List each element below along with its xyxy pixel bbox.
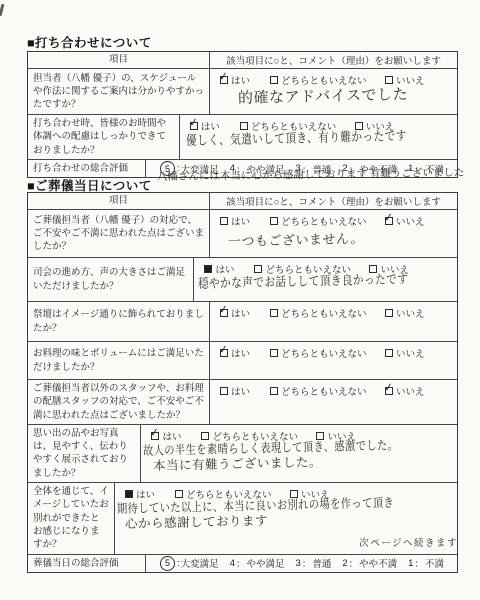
checkbox-no: ✓: [385, 387, 393, 395]
checkbox-neither: [175, 490, 183, 498]
answer-option-label: はい: [231, 346, 250, 360]
rating-separator: ：: [349, 556, 359, 570]
handwritten-comment: 的確なアドバイスでした: [238, 84, 455, 108]
table-header-row: 項目該当項目に○と、コメント（理由）をお願いします: [28, 52, 457, 68]
rating-option: 5: 大変満足: [160, 556, 219, 571]
handwritten-comment: 穏やかな声でお話しして頂き良かったです: [198, 271, 409, 293]
checkbox-yes: ✓: [151, 432, 159, 440]
answer-option-yes: ✓はい: [151, 429, 201, 443]
answer-cell: ✓はいどちらともいえないいいえ: [210, 342, 457, 379]
rating-option: 2：やや不満: [342, 556, 397, 570]
rating-option-value: 4: [230, 558, 235, 569]
answer-options: はいどちらともいえない✓いいえ: [212, 384, 455, 398]
answer-cell: ✓はいどちらともいえないいいえ故人の半生を素晴らしく表現して頂き、感激でした。本…: [141, 425, 457, 482]
answer-option-label: どちらともいえない: [281, 384, 367, 398]
answer-option-no: いいえ: [385, 346, 425, 360]
checkbox-yes: [220, 217, 228, 225]
answer-option-label: どちらともいえない: [281, 306, 367, 320]
question-text: お料理の味とボリュームにはご満足いただけましたか？: [28, 342, 210, 379]
table-row: 祭壇はイメージ通りに飾られておりましたか？✓はいどちらともいえないいいえ: [28, 301, 457, 341]
scanned-survey-page: ■打ち合わせについて 項目該当項目に○と、コメント（理由）をお願いします担当者（…: [0, 0, 480, 600]
checkbox-neither: [270, 349, 278, 357]
answer-option-label: どちらともいえない: [281, 346, 367, 360]
answer-option-label: はい: [136, 487, 155, 501]
check-mark: ✓: [383, 210, 394, 224]
checkbox-yes: ✓: [190, 122, 198, 130]
checkbox-yes: ✓: [220, 349, 228, 357]
rating-option-label: やや満足: [247, 556, 285, 570]
question-text: 思い出の品やお写真は、見やすく、伝わりやすく展示されておりましたか？: [28, 425, 141, 482]
rating-option: 3：普通: [296, 556, 332, 570]
answer-option-yes: はい: [220, 214, 270, 228]
column-header-instruction: 該当項目に○と、コメント（理由）をお願いします: [210, 52, 457, 68]
checkbox-neither: [270, 76, 278, 84]
answer-option-no: ✓いいえ: [385, 384, 425, 398]
answer-option-yes: ✓はい: [220, 73, 270, 87]
answer-option-yes: ✓はい: [220, 306, 270, 320]
checkbox-yes: [204, 265, 212, 273]
question-text: ご葬儀担当者以外のスタッフや、お料理の配膳スタッフの対応で、ご不安やご不満に思わ…: [28, 380, 210, 424]
question-text: 全体を通じて、イメージしていたお別れができたとお感じになりますか？: [28, 483, 115, 553]
section-title-meeting: ■打ち合わせについて: [27, 33, 152, 51]
answer-option-yes: はい: [220, 384, 270, 398]
table-header-row: 項目該当項目に○と、コメント（理由）をお願いします: [28, 193, 457, 209]
checkbox-yes: [125, 490, 133, 498]
table-row: ご葬儀担当者以外のスタッフや、お料理の配膳スタッフの対応で、ご不安やご不満に思わ…: [28, 379, 457, 424]
answer-option-no: ✓いいえ: [385, 214, 425, 228]
rating-option-value: 3: [296, 558, 301, 569]
answer-option-label: はい: [231, 384, 250, 398]
answer-option-label: はい: [201, 119, 220, 133]
answer-option-label: どちらともいえない: [281, 73, 367, 87]
answer-cell: ✓はいどちらともいえないいいえ的確なアドバイスでした: [210, 69, 457, 114]
selected-rating-circle: 5: [160, 556, 175, 571]
rating-option: 4：やや満足: [230, 556, 285, 570]
answer-option-label: はい: [231, 214, 250, 228]
checkbox-neither: [201, 432, 209, 440]
answer-cell: ✓はいどちらともいえないいいえ優しく、気遣いして頂き、有り難かったです: [180, 115, 457, 159]
table-row: 司会の進め方、声の大きさはご満足いただけましたか？はいどちらともいえないいいえ穏…: [28, 257, 457, 301]
rating-option: 1：不満: [408, 556, 444, 570]
answer-option-label: いいえ: [396, 346, 425, 360]
column-header-item: 項目: [28, 193, 210, 209]
checkbox-no: ✓: [385, 217, 393, 225]
check-mark: ✓: [383, 380, 394, 394]
checkbox-neither: [270, 387, 278, 395]
checkbox-no: [385, 76, 393, 84]
handwritten-comment: 優しく、気遣いして頂き、有り難かったです: [186, 128, 407, 150]
answer-options: ✓はいどちらともいえないいいえ: [212, 306, 455, 320]
answer-cell: はいどちらともいえない✓いいえ: [210, 380, 457, 424]
rating-label: 打ち合わせの総合評価: [28, 160, 146, 177]
answer-option-neither: どちらともいえない: [270, 384, 385, 398]
rating-separator: :: [177, 558, 180, 569]
rating-option-value: 2: [342, 558, 347, 569]
rating-option-label: 普通: [312, 556, 331, 570]
answer-option-neither: どちらともいえない: [270, 73, 385, 87]
rating-option-value: 1: [408, 558, 413, 569]
check-mark: ✓: [150, 425, 161, 439]
column-header-instruction: 該当項目に○と、コメント（理由）をお願いします: [210, 193, 457, 209]
rating-separator: ：: [302, 556, 312, 570]
answer-cell: はいどちらともいえないいいえ穏やかな声でお話しして頂き良かったです: [194, 258, 457, 301]
handwritten-comment: 一つもございません。: [228, 229, 455, 251]
check-mark: ✓: [188, 115, 199, 129]
question-text: 祭壇はイメージ通りに飾られておりましたか？: [28, 302, 210, 341]
rating-label: 葬儀当日の総合評価: [28, 555, 146, 572]
answer-option-label: はい: [162, 429, 181, 443]
answer-option-label: はい: [215, 262, 234, 276]
question-text: 司会の進め方、声の大きさはご満足いただけましたか？: [28, 258, 194, 301]
funeral-day-table: 項目該当項目に○と、コメント（理由）をお願いしますご葬儀担当者（八幡 優子）の対…: [27, 192, 458, 573]
answer-cell: はいどちらともいえない✓いいえ一つもございません。: [210, 210, 457, 257]
answer-options: ✓はいどちらともいえないいいえ: [212, 346, 455, 360]
answer-cell: ✓はいどちらともいえないいいえ: [210, 302, 457, 341]
next-page-note: 次ページへ続きます: [359, 535, 458, 549]
answer-option-yes: ✓はい: [190, 119, 240, 133]
check-mark: ✓: [218, 342, 229, 356]
table-row: 思い出の品やお写真は、見やすく、伝わりやすく展示されておりましたか？✓はいどちら…: [28, 424, 457, 482]
check-mark: ✓: [218, 302, 229, 316]
handwritten-margin-note: 八幡さんには本当に心から感謝しております 有難うございました: [157, 167, 460, 185]
table-row: 打ち合わせ時、皆様のお時間や体調への配慮はしっかりできておりましたか？✓はいどち…: [28, 114, 457, 159]
rating-separator: ：: [236, 556, 246, 570]
checkbox-no: [385, 349, 393, 357]
answer-option-neither: どちらともいえない: [270, 346, 385, 360]
answer-option-label: どちらともいえない: [281, 214, 367, 228]
rating-separator: ：: [414, 556, 424, 570]
question-text: ご葬儀担当者（八幡 優子）の対応で、ご不安やご不満に思われた点はございましたか？: [28, 210, 210, 257]
rating-option-label: やや不満: [359, 556, 397, 570]
checkbox-neither: [270, 217, 278, 225]
checkbox-no: [385, 309, 393, 317]
answer-option-label: いいえ: [396, 214, 425, 228]
question-text: 打ち合わせ時、皆様のお時間や体調への配慮はしっかりできておりましたか？: [28, 115, 180, 159]
meeting-table: 項目該当項目に○と、コメント（理由）をお願いします担当者（八幡 優子）の、スケジ…: [27, 51, 458, 178]
rating-option-label: 大変満足: [181, 556, 219, 570]
checkbox-neither: [270, 309, 278, 317]
checkbox-yes: ✓: [220, 309, 228, 317]
rating-answer-cell: 5: 大変満足4：やや満足3：普通2：やや不満1：不満: [146, 555, 457, 572]
table-row: お料理の味とボリュームにはご満足いただけましたか？✓はいどちらともいえないいいえ: [28, 341, 457, 379]
answer-option-yes: ✓はい: [220, 346, 270, 360]
table-row: ご葬儀担当者（八幡 優子）の対応で、ご不安やご不満に思われた点はございましたか？…: [28, 209, 457, 257]
check-mark: ✓: [218, 69, 229, 83]
answer-option-label: いいえ: [396, 384, 425, 398]
table-row: 担当者（八幡 優子）の、スケジュールや作法に関するご案内は分かりやすかったですか…: [28, 68, 457, 114]
rating-scale: 5: 大変満足4：やや満足3：普通2：やや不満1：不満: [148, 556, 455, 571]
answer-option-label: はい: [231, 306, 250, 320]
rating-option-label: 不満: [425, 556, 444, 570]
table-row: 葬儀当日の総合評価5: 大変満足4：やや満足3：普通2：やや不満1：不満: [28, 554, 457, 572]
answer-option-neither: どちらともいえない: [270, 214, 385, 228]
column-header-item: 項目: [28, 52, 210, 68]
checkbox-yes: [220, 387, 228, 395]
answer-option-no: いいえ: [385, 306, 425, 320]
answer-option-label: いいえ: [396, 306, 425, 320]
answer-option-neither: どちらともいえない: [270, 306, 385, 320]
answer-options: はいどちらともいえない✓いいえ: [212, 214, 455, 228]
checkbox-neither: [254, 265, 262, 273]
question-text: 担当者（八幡 優子）の、スケジュールや作法に関するご案内は分かりやすかったですか…: [28, 69, 210, 114]
answer-option-label: はい: [231, 73, 250, 87]
scan-artifact: [0, 4, 4, 16]
checkbox-neither: [240, 122, 248, 130]
checkbox-yes: ✓: [220, 76, 228, 84]
